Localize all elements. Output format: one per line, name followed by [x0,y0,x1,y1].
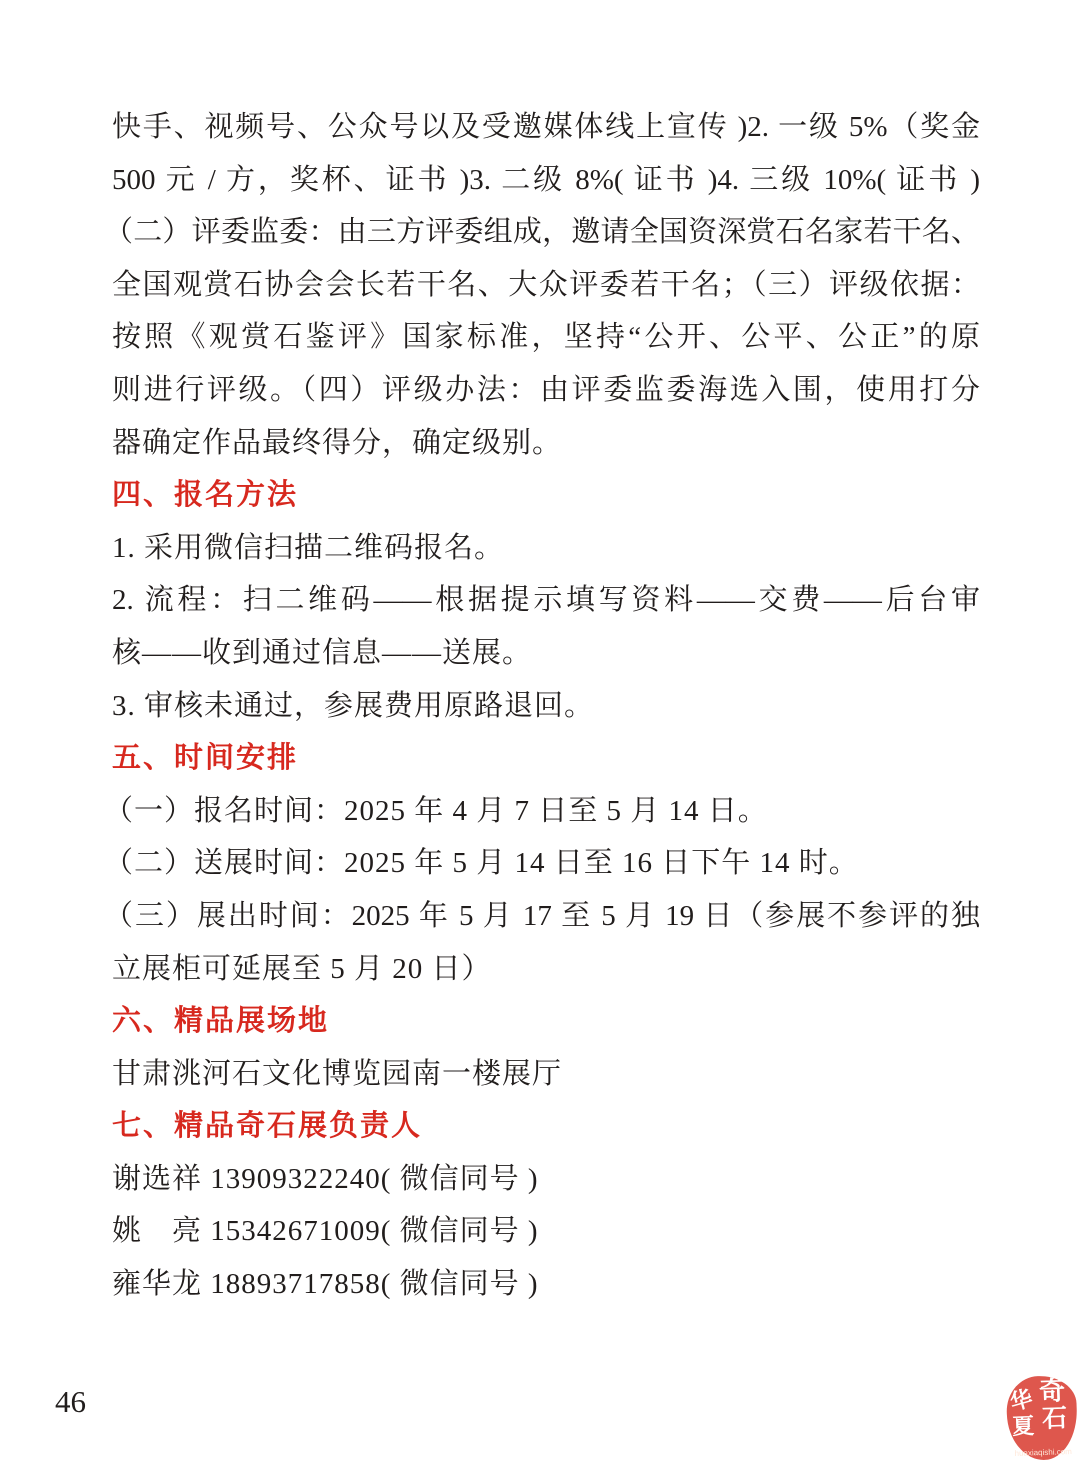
text-line: 快手、视频号、公众号以及受邀媒体线上宣传 )2. 一级 5%（奖金 [112,101,980,154]
text-line: 则进行评级。（四）评级办法：由评委监委海选入围，使用打分 [112,364,980,417]
text-line: （一）报名时间：2025 年 4 月 7 日至 5 月 14 日。 [104,785,980,838]
document-body: 快手、视频号、公众号以及受邀媒体线上宣传 )2. 一级 5%（奖金 500 元 … [112,101,980,1311]
text-line: （二）送展时间：2025 年 5 月 14 日至 16 日下午 14 时。 [104,837,980,890]
text-line: 全国观赏石协会会长若干名、大众评委若干名；（三）评级依据： [112,259,980,312]
seal-character: 奇 [1039,1377,1066,1404]
contact-line: 雍华龙 18893717858( 微信同号 ) [112,1258,980,1311]
text-line: 500 元 / 方，奖杯、证书 )3. 二级 8%( 证书 )4. 三级 10%… [112,154,980,207]
text-line: 甘肃洮河石文化博览园南一楼展厅 [112,1048,980,1101]
section-heading-registration-method: 四、报名方法 [112,469,980,522]
text-line: 1. 采用微信扫描二维码报名。 [112,522,980,575]
section-heading-schedule: 五、时间安排 [112,732,980,785]
document-page: 快手、视频号、公众号以及受邀媒体线上宣传 )2. 一级 5%（奖金 500 元 … [0,0,1080,1465]
contact-line: 谢选祥 13909322240( 微信同号 ) [112,1153,980,1206]
section-heading-contacts: 七、精品奇石展负责人 [112,1100,980,1153]
contact-line: 姚 亮 15342671009( 微信同号 ) [112,1205,980,1258]
seal-website-url: huaxiaqishi.com [1008,1447,1078,1458]
text-line: 核——收到通过信息——送展。 [112,627,980,680]
text-line: 2. 流程：扫二维码——根据提示填写资料——交费——后台审 [112,574,980,627]
text-line: （三）展出时间：2025 年 5 月 17 至 5 月 19 日（参展不参评的独 [104,890,980,943]
seal-character: 华 [1008,1387,1035,1414]
text-line: （二）评委监委：由三方评委组成，邀请全国资深赏石名家若干名、 [104,206,980,259]
publisher-seal: 华 奇 石 夏 huaxiaqishi.com [1006,1375,1079,1461]
text-line: 按照《观赏石鉴评》国家标准，坚持“公开、公平、公正”的原 [112,311,980,364]
section-heading-venue: 六、精品展场地 [112,995,980,1048]
text-line: 3. 审核未通过，参展费用原路退回。 [112,680,980,733]
seal-character: 石 [1042,1406,1068,1432]
text-line: 立展柜可延展至 5 月 20 日） [112,943,980,996]
text-line: 器确定作品最终得分，确定级别。 [112,417,980,470]
page-number: 46 [55,1384,86,1420]
seal-character: 夏 [1012,1415,1035,1438]
